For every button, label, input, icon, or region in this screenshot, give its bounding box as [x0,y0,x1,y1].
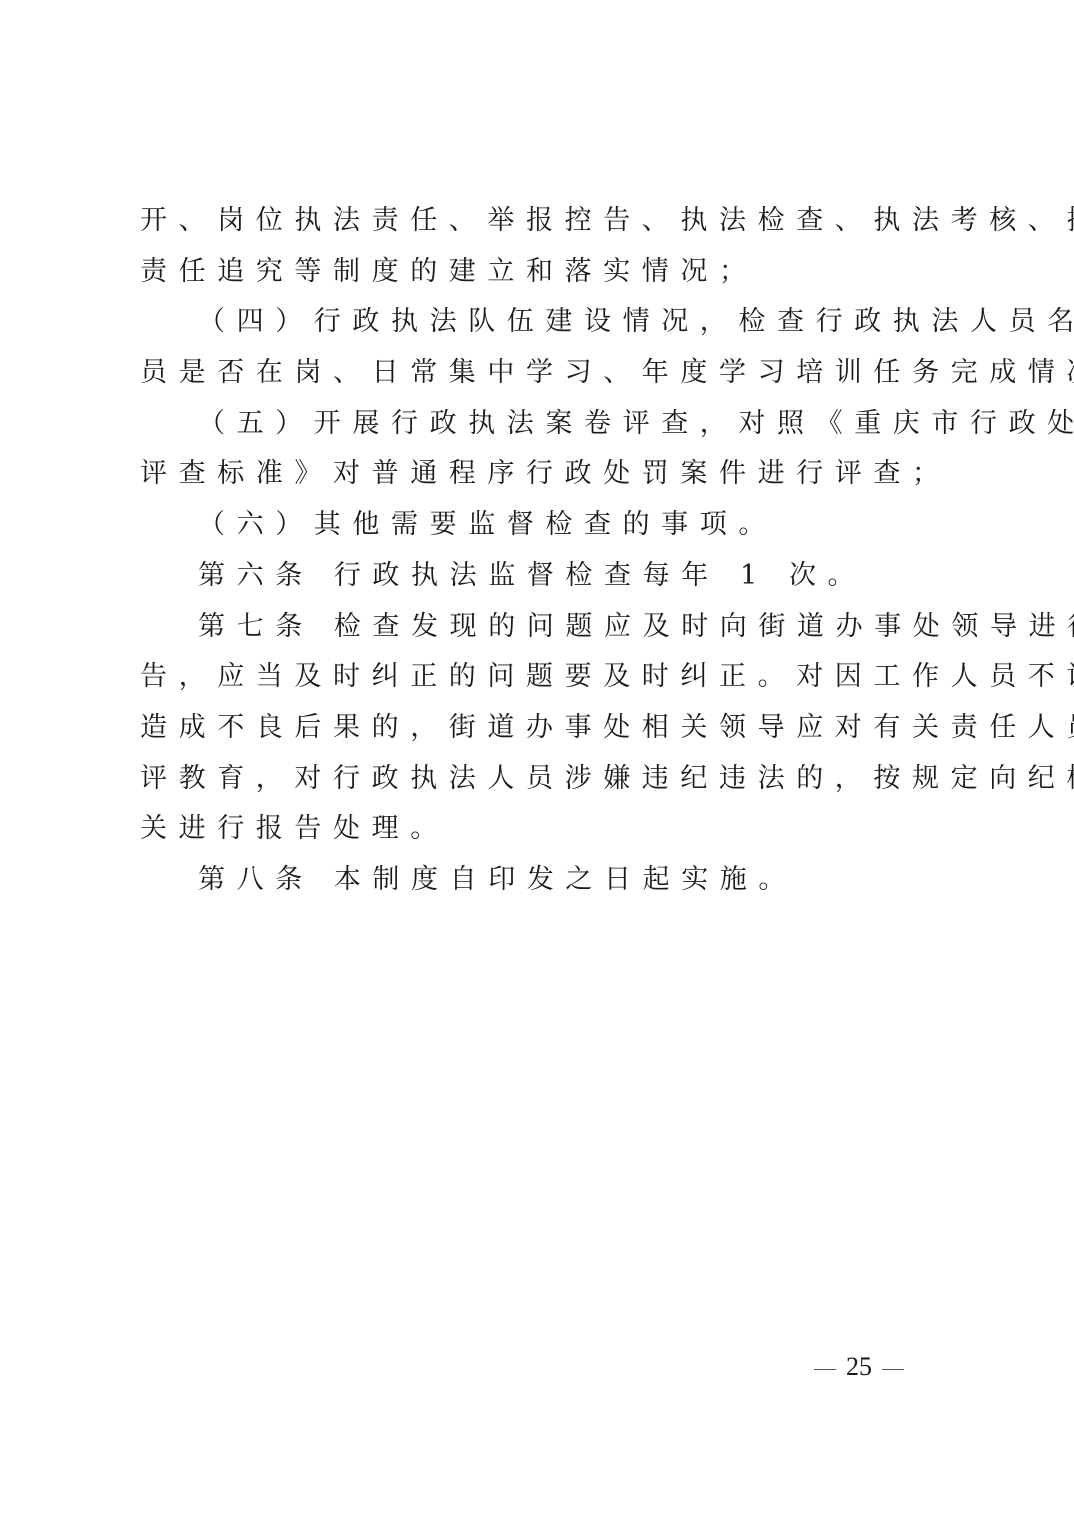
text-line: 评查标准》对普通程序行政处罚案件进行评查； [140,449,940,500]
article-7-text: 检查发现的问题应及时向街道办事处领导进行报 [334,611,1074,642]
text-line: 员是否在岗、日常集中学习、年度学习培训任务完成情况等； [140,348,940,399]
article-8-heading: 第八条 [198,864,314,895]
text-line: （六）其他需要监督检查的事项。 [140,500,940,551]
document-body: 开、岗位执法责任、举报控告、执法检查、执法考核、执法过错 责任追究等制度的建立和… [140,196,940,906]
text-line: 责任追究等制度的建立和落实情况； [140,247,940,298]
text-line: 开、岗位执法责任、举报控告、执法检查、执法考核、执法过错 [140,196,940,247]
dash-right [882,1369,904,1370]
article-6-heading: 第六条 [198,560,314,591]
article-8: 第八条本制度自印发之日起实施。 [140,855,940,906]
text-line: 告，应当及时纠正的问题要及时纠正。对因工作人员不认真负责 [140,652,940,703]
text-line: （四）行政执法队伍建设情况，检查行政执法人员名册、人 [140,297,940,348]
article-8-text: 本制度自印发之日起实施。 [334,864,797,895]
article-6-text: 行政执法监督检查每年 1 次。 [334,560,866,591]
article-7: 第七条检查发现的问题应及时向街道办事处领导进行报 [140,602,940,653]
page-number-value: 25 [846,1352,872,1381]
text-line: 评教育，对行政执法人员涉嫌违纪违法的，按规定向纪检监察机 [140,754,940,805]
page-number: 25 [804,1352,914,1382]
article-6: 第六条行政执法监督检查每年 1 次。 [140,551,940,602]
dash-left [814,1369,836,1370]
text-line: （五）开展行政执法案卷评查，对照《重庆市行政处罚案卷 [140,399,940,450]
text-line: 造成不良后果的，街道办事处相关领导应对有关责任人员进行批 [140,703,940,754]
article-7-heading: 第七条 [198,611,314,642]
text-line: 关进行报告处理。 [140,804,940,855]
